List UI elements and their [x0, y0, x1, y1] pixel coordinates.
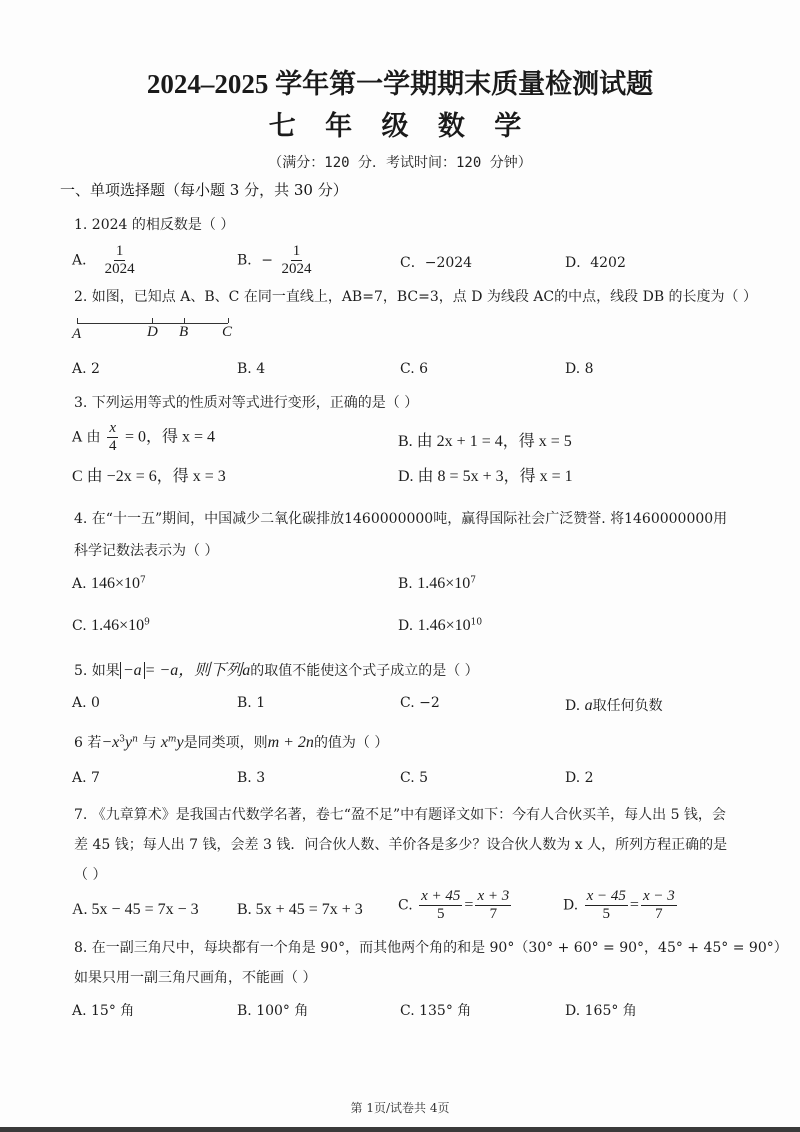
scan-edge-bar: [0, 1127, 800, 1132]
question-5-option-b: B. 1: [237, 695, 265, 711]
fraction: 12024: [103, 243, 137, 278]
point-c-label: C: [222, 324, 232, 341]
question-6-option-b: B. 3: [237, 770, 265, 786]
question-2-option-d: D. 8: [565, 361, 594, 377]
question-4-option-a: A. 146×107: [72, 575, 146, 593]
question-7-option-a: A. 5x − 45 = 7x − 3: [72, 901, 199, 919]
question-7-option-c: C. x + 455=x + 37: [398, 888, 513, 923]
question-7-stem-line1: 7. 《九章算术》是我国古代数学名著，卷七“盈不足”中有题译文如下：今有人合伙买…: [74, 804, 726, 824]
option-label: A．: [72, 253, 96, 269]
option-label: B．−: [237, 253, 273, 269]
question-1-option-d: D．4202: [565, 252, 626, 272]
tick-c: [228, 318, 229, 323]
question-4-option-c: C. 1.46×109: [72, 617, 150, 635]
absolute-value: −a: [120, 662, 145, 679]
question-8-stem-line1: 8. 在一副三角尺中，每块都有一个角是 90°，而其他两个角的和是 90°（30…: [74, 937, 788, 957]
question-8-option-a: A. 15° 角: [72, 1000, 134, 1020]
question-3-stem: 3. 下列运用等式的性质对等式进行变形，正确的是（ ）: [74, 392, 418, 412]
question-4-stem-line2: 科学记数法表示为（ ）: [74, 540, 218, 560]
question-6-stem: 6 若−x3yn 与 xmy是同类项，则m + 2n的值为（ ）: [74, 732, 388, 752]
question-4-option-d: D. 1.46×1010: [398, 617, 482, 635]
question-7-stem-line2: 差 45 钱；每人出 7 钱，会差 3 钱．问合伙人数、羊价各是多少？设合伙人数…: [74, 834, 727, 854]
fraction: x4: [107, 420, 119, 455]
question-8-stem-line2: 如果只用一副三角尺画角，不能画（ ）: [74, 967, 316, 987]
point-d-label: D: [147, 324, 158, 341]
question-1-stem: 1. 2024 的相反数是（ ）: [74, 214, 234, 234]
question-7-option-b: B. 5x + 45 = 7x + 3: [237, 901, 363, 919]
tick-d: [152, 318, 153, 323]
question-4-stem-line1: 4. 在“十一五”期间，中国减少二氧化碳排放1460000000吨，赢得国际社会…: [74, 508, 727, 528]
exam-subtitle: 七 年 级 数 学: [0, 104, 800, 143]
point-a-label: A: [72, 326, 81, 343]
page-number-footer: 第 1页/试卷共 4页: [0, 1099, 800, 1116]
question-3-option-c: C 由 −2x = 6，得 x = 3: [72, 463, 226, 486]
exam-score-time-note: （满分：120 分．考试时间：120 分钟）: [0, 152, 800, 172]
question-1-option-c: C．−2024: [400, 252, 472, 272]
question-3-option-a: A 由 x4 = 0，得 x = 4: [72, 420, 215, 455]
question-8-option-c: C. 135° 角: [400, 1000, 471, 1020]
question-5-option-c: C. −2: [400, 695, 440, 711]
tick-b: [184, 318, 185, 323]
question-5-option-a: A. 0: [72, 695, 100, 711]
question-8-option-d: D. 165° 角: [565, 1000, 637, 1020]
question-1-option-b: B．− 12024: [237, 243, 315, 278]
question-3-option-b: B. 由 2x + 1 = 4，得 x = 5: [398, 428, 572, 451]
section-heading: 一、单项选择题（每小题 3 分，共 30 分）: [60, 179, 348, 200]
question-2-option-a: A. 2: [72, 361, 100, 377]
exam-title: 2024–2025 学年第一学期期末质量检测试题: [0, 62, 800, 101]
question-7-option-d: D. x − 455=x − 37: [563, 888, 679, 923]
question-6-option-a: A. 7: [72, 770, 100, 786]
fraction: 12024: [279, 243, 313, 278]
question-5-stem: 5. 如果−a= −a，则下列a的取值不能使这个式子成立的是（ ）: [74, 657, 479, 680]
question-8-option-b: B. 100° 角: [237, 1000, 308, 1020]
question-2-option-b: B. 4: [237, 361, 265, 377]
question-6-option-d: D. 2: [565, 770, 594, 786]
question-5-option-d: D. a取任何负数: [565, 695, 663, 715]
question-6-option-c: C. 5: [400, 770, 428, 786]
point-b-label: B: [179, 324, 188, 341]
question-2-stem: 2. 如图，已知点 A、B、C 在同一直线上，AB=7，BC=3，点 D 为线段…: [74, 286, 757, 306]
question-2-option-c: C. 6: [400, 361, 428, 377]
question-4-option-b: B. 1.46×107: [398, 575, 476, 593]
question-7-stem-line3: （ ）: [74, 864, 106, 884]
tick-a: [77, 318, 78, 323]
question-1-option-a: A． 12024: [72, 243, 139, 278]
question-3-option-d: D. 由 8 = 5x + 3，得 x = 1: [398, 463, 573, 486]
